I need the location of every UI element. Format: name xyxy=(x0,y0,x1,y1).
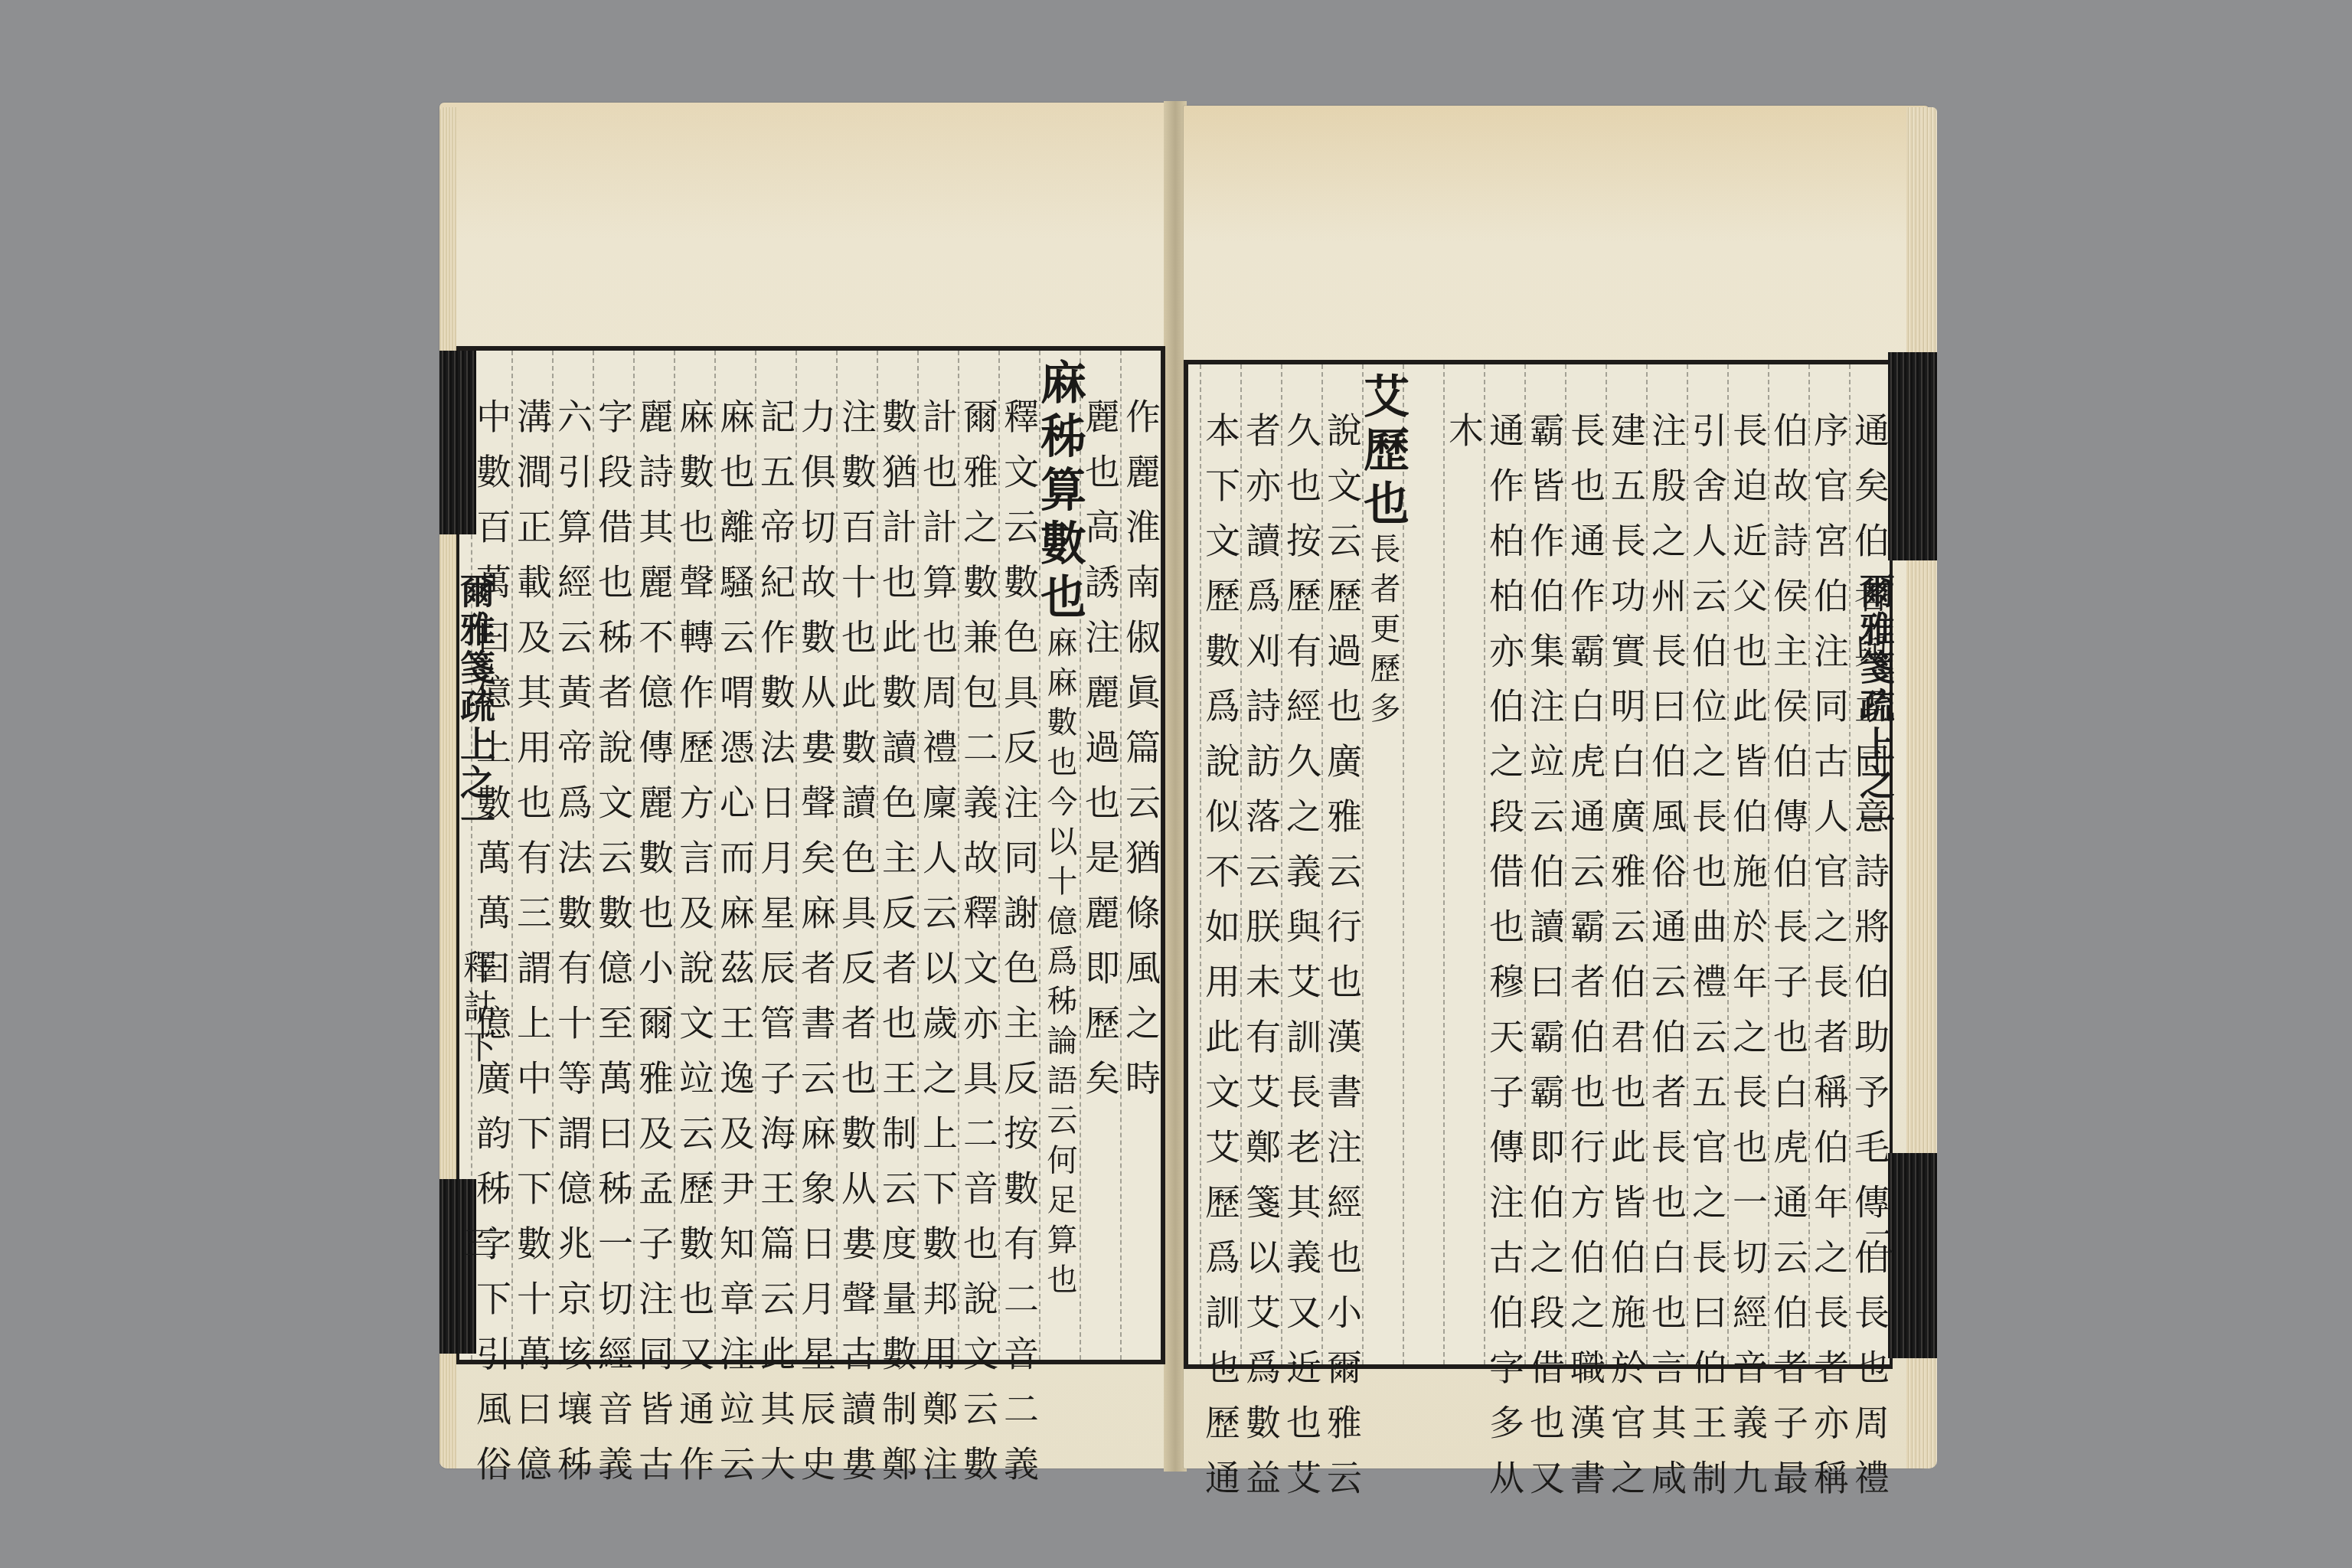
text-column: 數猶計也此數讀色主反者也王制云度量數制鄭 xyxy=(877,351,917,1360)
fold-ink-band xyxy=(1888,352,1937,560)
text-column: 通矣伯者與孟同意詩將伯助予毛傳伯長也周禮 xyxy=(1849,364,1890,1364)
margin-book-title: 爾雅箋疏上之一 xyxy=(458,573,493,841)
text-column: 引舍人云伯位之長也曲禮云五官之長曰伯王制 xyxy=(1687,364,1727,1364)
text-column: 本下文歷數爲說似不如用此文艾歷爲訓也歷通 xyxy=(1200,364,1240,1364)
fold-ink-band xyxy=(1888,1153,1937,1358)
text-column: 注殷之州長曰伯風俗通云伯者長也白也言其咸 xyxy=(1646,364,1687,1364)
margin-page-number: 二 xyxy=(1857,1225,1891,1262)
heading-column: 艾歷也長者更歷多 xyxy=(1362,364,1403,1364)
text-column: 序官宮伯注同古人官之長者稱伯年之長者亦稱 xyxy=(1808,364,1849,1364)
text-column: 者亦讀爲刈詩訪落云朕未有艾鄭箋以艾爲數益 xyxy=(1240,364,1281,1364)
text-column-blank xyxy=(1403,364,1443,1364)
right-text-columns: 通矣伯者與孟同意詩將伯助予毛傳伯長也周禮 序官宮伯注同古人官之長者稱伯年之長者亦… xyxy=(1188,364,1890,1364)
entry-note: 麻麻數也今以十億爲秭論語云何足算也 xyxy=(1042,626,1077,1303)
entry-note: 長者更歷多 xyxy=(1365,533,1400,732)
text-column: 伯故詩侯主侯伯傳伯長子也白虎通云伯者子最 xyxy=(1768,364,1808,1364)
right-text-frame: 通矣伯者與孟同意詩將伯助予毛傳伯長也周禮 序官宮伯注同古人官之長者稱伯年之長者亦… xyxy=(1184,360,1893,1369)
text-column: 爾雅之數兼包二義故釋文亦具二音也說文云數 xyxy=(958,351,998,1360)
text-column: 溝澗正載及其用也有三謂上中下下數十萬曰億 xyxy=(511,351,552,1360)
fold-ink-band xyxy=(439,351,476,534)
text-column: 麗也高誘注麗過也是麗即歷矣 xyxy=(1080,351,1120,1360)
text-column: 霸皆作伯集注竝云伯讀曰霸霸即伯之段借也又 xyxy=(1524,364,1565,1364)
open-book: 作麗淮南俶眞篇云猶條風之時 麗也高誘注麗過也是麗即歷矣 麻秭算數也麻麻數也今以十… xyxy=(0,0,2352,1568)
text-column: 中數百萬曰億上數萬萬曰億廣韵秭字下引風俗 xyxy=(471,351,511,1360)
text-column: 久也按歷有經久之義與艾訓長老其義又近也艾 xyxy=(1281,364,1321,1364)
margin-book-title: 爾雅箋疏上之一 xyxy=(1857,573,1893,841)
text-column: 麗詩其麗不億傳麗數也小爾雅及孟子注同皆古 xyxy=(633,351,674,1360)
fold-ink-band xyxy=(439,1179,476,1354)
margin-page-number: 三 xyxy=(459,1225,493,1262)
margin-section-title: 釋詁下 xyxy=(459,949,493,1069)
left-text-frame: 作麗淮南俶眞篇云猶條風之時 麗也高誘注麗過也是麗即歷矣 麻秭算數也麻麻數也今以十… xyxy=(456,346,1165,1364)
text-column: 作麗淮南俶眞篇云猶條風之時 xyxy=(1120,351,1161,1360)
text-column: 計也計算也周禮廩人云以歲之上下數邦用鄭注 xyxy=(917,351,958,1360)
text-column: 注數百十也此數讀色具反者也數从婁聲古讀婁 xyxy=(836,351,877,1360)
text-column: 字段借也秭者說文云數億至萬曰秭一切經音義 xyxy=(593,351,633,1360)
text-column: 力俱切故數从婁聲矣麻者書云麻象日月星辰史 xyxy=(795,351,836,1360)
text-column: 建五長功實明白廣雅云伯君也此皆伯施於官之 xyxy=(1606,364,1646,1364)
text-column: 長迫近父也此皆伯施於年之長也一切經音義九 xyxy=(1727,364,1768,1364)
text-column: 記五帝紀作數法日月星辰管子海王篇云此其大 xyxy=(755,351,795,1360)
left-text-columns: 作麗淮南俶眞篇云猶條風之時 麗也高誘注麗過也是麗即歷矣 麻秭算數也麻麻數也今以十… xyxy=(459,351,1161,1360)
text-column: 六引算經云黃帝爲法數有十等謂億兆京垓壤秭 xyxy=(552,351,593,1360)
entry-heading: 艾歷也 xyxy=(1356,372,1410,533)
text-column: 麻數也聲轉作歷方言及說文竝云歷數也又通作 xyxy=(674,351,714,1360)
text-column: 通作柏柏亦伯之段借也穆天子傳注古伯字多从 xyxy=(1484,364,1524,1364)
text-column: 麻也離騷云喟憑心而麻茲王逸及尹知章注竝云 xyxy=(714,351,755,1360)
text-column: 木 xyxy=(1443,364,1484,1364)
text-column: 長也通作霸白虎通云霸者伯也行方伯之職漢書 xyxy=(1565,364,1606,1364)
entry-heading: 麻秭算數也 xyxy=(1033,358,1086,626)
heading-column: 麻秭算數也麻麻數也今以十億爲秭論語云何足算也 xyxy=(1039,351,1080,1360)
